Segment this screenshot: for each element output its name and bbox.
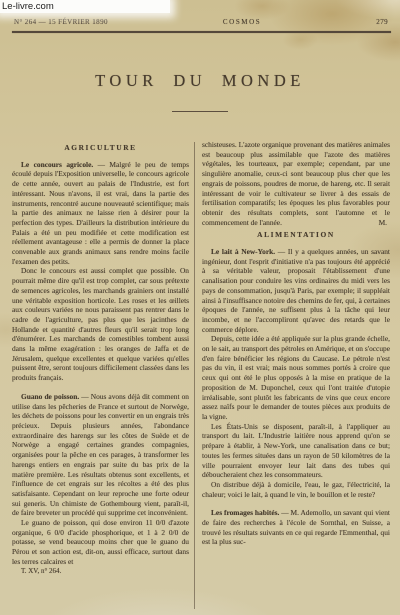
section-heading-agriculture: AGRICULTURE [12, 143, 189, 153]
page-header: N° 264 — 15 FÉVRIER 1890 COSMOS 279 [14, 18, 388, 26]
paragraph-lead: Les fromages habités. [211, 508, 279, 517]
text-columns: AGRICULTURE Le concours agricole. — Malg… [12, 140, 390, 615]
paragraph: Depuis, cette idée a été appliquée sur l… [202, 334, 390, 421]
paragraph: On distribue déjà à domicile, l'eau, le … [202, 480, 390, 499]
paragraph: Les États-Unis se disposent, paraît-il, … [202, 422, 390, 480]
paragraph-lead: Le concours agricole. [21, 160, 93, 169]
left-column: AGRICULTURE Le concours agricole. — Malg… [12, 140, 189, 615]
paragraph-text: — Il y a quelques années, un savant ingé… [202, 247, 390, 334]
paragraph: Donc le concours est aussi complet que p… [12, 266, 189, 382]
paragraph-lead: Le lait à New-York. [211, 247, 275, 256]
paragraph-text: On distribue déjà à domicile, l'eau, le … [202, 480, 390, 499]
right-column: schisteuses. L'azote organique provenant… [202, 140, 390, 615]
article-title: TOUR DU MONDE [0, 71, 400, 91]
paragraph-text: schisteuses. L'azote organique provenant… [202, 140, 390, 227]
header-rule [12, 31, 391, 33]
paragraph-concours-agricole: Le concours agricole. — Malgré le peu de… [12, 160, 189, 267]
paragraph-lait-new-york: Le lait à New-York. — Il y a quelques an… [202, 247, 390, 334]
journal-name: COSMOS [223, 18, 261, 26]
paragraph-text: Donc le concours est aussi complet que p… [12, 266, 189, 382]
paragraph-text: Les États-Unis se disposent, paraît-il, … [202, 422, 390, 480]
section-heading-alimentation: ALIMENTATION [202, 230, 390, 240]
paragraph-lead: Guano de poisson. [21, 392, 79, 401]
paragraph-text: Depuis, cette idée a été appliquée sur l… [202, 334, 390, 421]
paragraph-guano-de-poisson: Guano de poisson. — Nous avons déjà dit … [12, 392, 189, 518]
title-rule [172, 111, 228, 112]
scanned-journal-page: Le-livre.com N° 264 — 15 FÉVRIER 1890 CO… [0, 0, 400, 615]
watermark: Le-livre.com [0, 0, 170, 13]
paragraph-text: — Nous avons déjà dit comment on utilise… [12, 392, 189, 517]
issue-date: N° 264 — 15 FÉVRIER 1890 [14, 18, 108, 26]
paragraph-continuation: schisteuses. L'azote organique provenant… [202, 140, 390, 227]
paragraph-text: Le guano de poisson, qui dose environ 11… [12, 518, 189, 566]
page-number: 279 [376, 18, 388, 26]
volume-footnote: T. XV, n° 264. [12, 567, 189, 577]
paragraph: Le guano de poisson, qui dose environ 11… [12, 518, 189, 567]
paragraph-text: — Malgré le peu de temps écoulé depuis l… [12, 160, 189, 266]
paragraph-fromages-habites: Les fromages habités. — M. Ademollo, un … [202, 508, 390, 547]
